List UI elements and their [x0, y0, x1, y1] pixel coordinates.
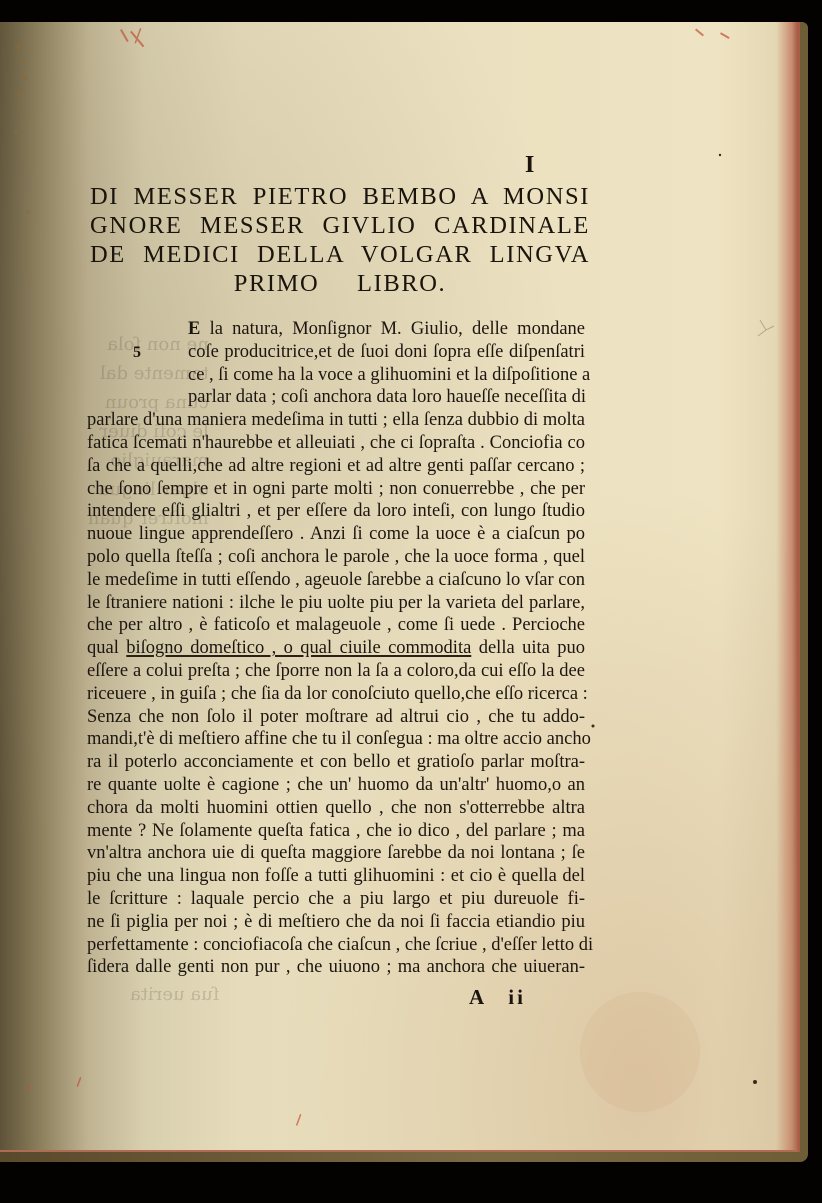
scan-background: ne non ſola tamente dal cuna proun le co… [0, 0, 822, 1203]
text-line: eſſere a colui preſta ; che ſporre non l… [87, 660, 585, 683]
text-line: polo quella ſteſſa ; coſi anchora le par… [87, 546, 585, 569]
text-line: nuoue lingue apprendeſſero . Anzi ſi com… [87, 523, 585, 546]
text-line: parlar data ; coſi anchora data loro hau… [87, 386, 585, 409]
text-line: ſa che a quelli,che ad altre regioni et … [87, 455, 585, 478]
text-line: Senza che non ſolo il poter moſtrare ad … [87, 706, 585, 729]
text-line: ſidera dalle genti non pur , che uiuono … [87, 956, 585, 979]
text-line: le medeſime in tutti eſſendo , ageuole ſ… [87, 569, 585, 592]
signature-mark: A ii [469, 985, 526, 1010]
text-line: mente ? Ne ſolamente queſta fatica , che… [87, 820, 585, 843]
text-line: qual biſogno domeſtico , o qual ciuile c… [87, 637, 585, 660]
text-line: re quante uolte è cagione ; che un' huom… [87, 774, 585, 797]
text-line: riceuere , in guiſa ; che ſia da lor con… [87, 683, 585, 706]
folio-number: I [525, 152, 534, 179]
text-line: perfettamente : conciofiacoſa che ciaſcu… [87, 934, 585, 957]
text-line: ra il poterlo acconciamente et con bello… [87, 751, 585, 774]
body-text: E la natura, Monſignor M. Giulio, delle … [87, 318, 585, 979]
text-line: piu che una lingua non foſſe a tutti gli… [87, 865, 585, 888]
text-line: mandi,t'è di meſtiero affine che tu il c… [87, 728, 585, 751]
text-line: parlare d'una maniera medeſima in tutti … [87, 409, 585, 432]
book-page: ne non ſola tamente dal cuna proun le co… [0, 22, 800, 1152]
title-line: DI MESSER PIETRO BEMBO A MONSI [90, 182, 590, 211]
text-line: chora da molti huomini ottien quello , c… [87, 797, 585, 820]
text-line: E la natura, Monſignor M. Giulio, delle … [87, 318, 585, 341]
drop-cap: E [188, 319, 200, 339]
chapter-title: DI MESSER PIETRO BEMBO A MONSI GNORE MES… [90, 182, 590, 298]
title-line: GNORE MESSER GIVLIO CARDINALE [90, 211, 590, 240]
title-line-book: PRIMO LIBRO. [90, 269, 590, 298]
text-line: intendere eſſi glialtri , et per eſſere … [87, 500, 585, 523]
show-through-footer: ſua uerita [130, 980, 219, 1009]
text-line: che per altro , è faticoſo et malageuole… [87, 614, 585, 637]
handwritten-underline: biſogno domeſtico , o qual ciuile commod… [126, 638, 471, 658]
text-line: coſe producitrice,et de ſuoi doni ſopra … [87, 341, 585, 364]
title-line: DE MEDICI DELLA VOLGAR LINGVA [90, 240, 590, 269]
text-line: le ſcritture : laquale percio che a piu … [87, 888, 585, 911]
text-line: le ſtraniere nationi : ilche le piu uolt… [87, 592, 585, 615]
text-line: vn'altra anchora uie di queſta maggiore … [87, 842, 585, 865]
text-line: ce , ſi come ha la voce a glihuomini et … [87, 364, 585, 387]
text-line: ne ſi piglia per noi ; è di meſtiero che… [87, 911, 585, 934]
text-line: che ſono ſempre et in ogni parte molti ;… [87, 478, 585, 501]
text-line: fatica ſcemati n'haurebbe et alleuiati ,… [87, 432, 585, 455]
